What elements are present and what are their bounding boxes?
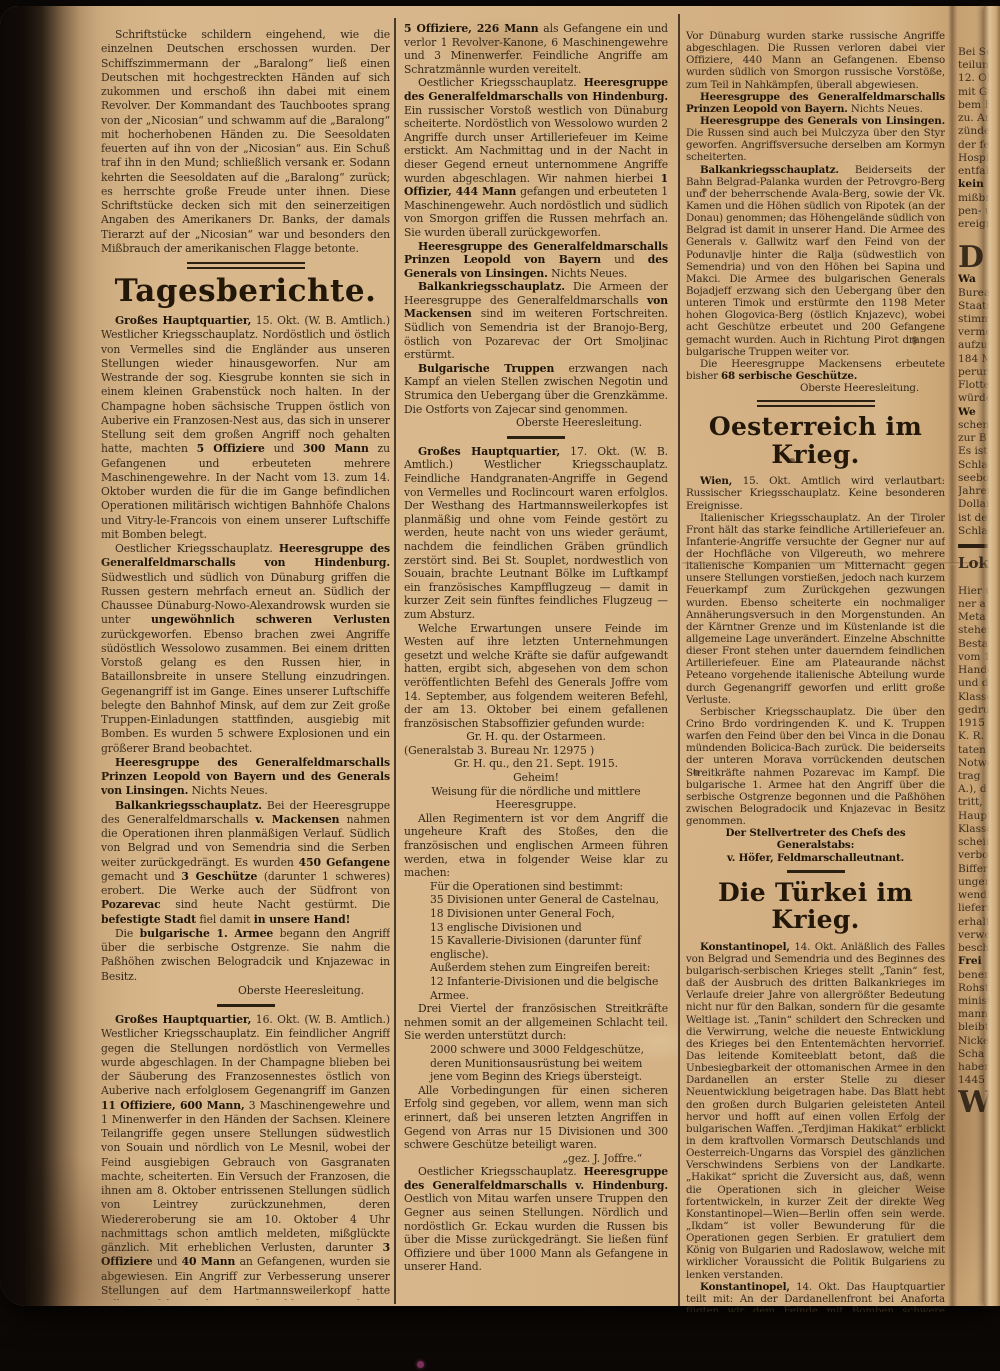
- list-line: 15 Kavallerie-Divisionen (darunter fünf …: [404, 934, 668, 961]
- paragraph: Konstantinopel, 14. Okt. Anläßlich des F…: [686, 941, 945, 1281]
- centered-line: Gr. H. qu. der Ostarmeen.: [404, 730, 668, 744]
- paragraph: Allen Regimentern ist vor dem Angriff di…: [404, 812, 668, 880]
- ornament-rule: [187, 262, 305, 269]
- paragraph: Serbischer Kriegsschauplatz. Die über de…: [686, 706, 945, 827]
- paragraph: Italienischer Kriegsschauplatz. An der T…: [686, 512, 945, 706]
- signature-line: Oberste Heeresleitung.: [404, 416, 668, 430]
- paragraph: Die bulgarische 1. Armee begann den Angr…: [101, 927, 390, 984]
- list-line: 35 Divisionen unter General de Castelnau…: [404, 893, 668, 907]
- paragraph: Wien, 15. Okt. Amtlich wird verlautbart:…: [686, 475, 945, 511]
- paragraph: Heeresgruppe des Generals von Linsingen.…: [686, 115, 945, 164]
- paragraph: Bulgarische Truppen erzwangen nach Kampf…: [404, 362, 668, 416]
- list-line: 13 englische Divisionen und: [404, 921, 668, 935]
- left-column: Schriftstücke schildern eingehend, wie d…: [101, 28, 390, 1300]
- centered-line: Der Stellvertreter des Chefs des General…: [686, 827, 945, 851]
- newspaper-page: Schriftstücke schildern eingehend, wie d…: [0, 6, 1000, 1306]
- paragraph: Balkankriegsschauplatz. Bei der Heeresgr…: [101, 799, 390, 927]
- list-line: 18 Divisionen unter General Foch,: [404, 907, 668, 921]
- paragraph: Oestlicher Kriegsschauplatz. Heeresgrupp…: [404, 76, 668, 239]
- section-heading: Die Türkei im Krieg.: [686, 879, 945, 934]
- paragraph: Heeresgruppe des Generalfeldmarschalls P…: [404, 240, 668, 281]
- centered-line: Geheim!: [404, 771, 668, 785]
- paper-speck: [702, 188, 707, 192]
- paragraph: Konstantinopel, 14. Okt. Das Hauptquarti…: [686, 1281, 945, 1312]
- section-heading: Oesterreich im Krieg.: [686, 413, 945, 468]
- signature-line: Oberste Heeresleitung.: [101, 984, 390, 998]
- paragraph: Großes Hauptquartier, 17. Okt. (W. B. Am…: [404, 445, 668, 622]
- paper-speck: [693, 770, 700, 775]
- paragraph: Vor Dünaburg wurden starke russische Ang…: [686, 30, 945, 91]
- paragraph: Schriftstücke schildern eingehend, wie d…: [101, 28, 390, 256]
- section-heading: Tagesberichte.: [101, 274, 390, 308]
- paragraph: Balkankriegsschauplatz. Die Armeen der H…: [404, 280, 668, 362]
- right-column: Vor Dünaburg wurden starke russische Ang…: [686, 30, 945, 1312]
- paragraph: Großes Hauptquartier, 16. Okt. (W. B. Am…: [101, 1013, 390, 1300]
- centered-line: v. Höfer, Feldmarschalleutnant.: [686, 852, 945, 864]
- ornament-rule: [217, 1004, 275, 1007]
- page-edge: [984, 6, 1000, 1306]
- paragraph: (Generalstab 3. Bureau Nr. 12975 ): [404, 744, 668, 758]
- ink-mark: [417, 1361, 424, 1368]
- signature-line: Oberste Heeresleitung.: [686, 382, 945, 394]
- list-line: 2000 schwere und 3000 Feldgeschütze, der…: [404, 1043, 668, 1084]
- paragraph: Welche Erwartungen unsere Feinde im West…: [404, 622, 668, 731]
- paragraph: Drei Viertel der französischen Streitkrä…: [404, 1002, 668, 1043]
- ornament-rule: [757, 400, 875, 407]
- list-line: Außerdem stehen zum Eingreifen bereit:: [404, 961, 668, 975]
- middle-column: 5 Offiziere, 226 Mann als Gefangene ein …: [404, 22, 668, 1318]
- paper-speck: [912, 336, 917, 345]
- paragraph: Die Heeresgruppe Mackensens erbeutete bi…: [686, 358, 945, 382]
- centered-line: Gr. H. qu., den 21. Sept. 1915.: [404, 757, 668, 771]
- paragraph: Heeresgruppe des Generalfeldmarschalls P…: [686, 91, 945, 115]
- centered-line: Weisung für die nördliche und mittlere H…: [404, 785, 668, 812]
- paper-speck: [789, 458, 795, 463]
- paragraph: 5 Offiziere, 226 Mann als Gefangene ein …: [404, 22, 668, 76]
- column-divider-1: [394, 18, 396, 1304]
- paragraph: Heeresgruppe des Generalfeldmarschalls P…: [101, 756, 390, 799]
- page-crease: [948, 6, 957, 1306]
- paragraph: Oestlicher Kriegsschauplatz. Heeresgrupp…: [404, 1165, 668, 1274]
- signature-line: „gez. J. Joffre.“: [404, 1152, 668, 1166]
- paragraph: Alle Vorbedingungen für einen sicheren E…: [404, 1084, 668, 1152]
- list-line: Für die Operationen sind bestimmt:: [404, 880, 668, 894]
- paragraph: Oestlicher Kriegsschauplatz. Heeresgrupp…: [101, 542, 390, 756]
- column-divider-2: [678, 14, 680, 1306]
- list-line: 12 Infanterie-Divisionen und die belgisc…: [404, 975, 668, 1002]
- ornament-rule: [787, 870, 845, 873]
- paragraph: Großes Hauptquartier, 15. Okt. (W. B. Am…: [101, 314, 390, 542]
- paragraph: Balkankriegsschauplatz. Beiderseits der …: [686, 164, 945, 358]
- ornament-rule: [507, 436, 565, 439]
